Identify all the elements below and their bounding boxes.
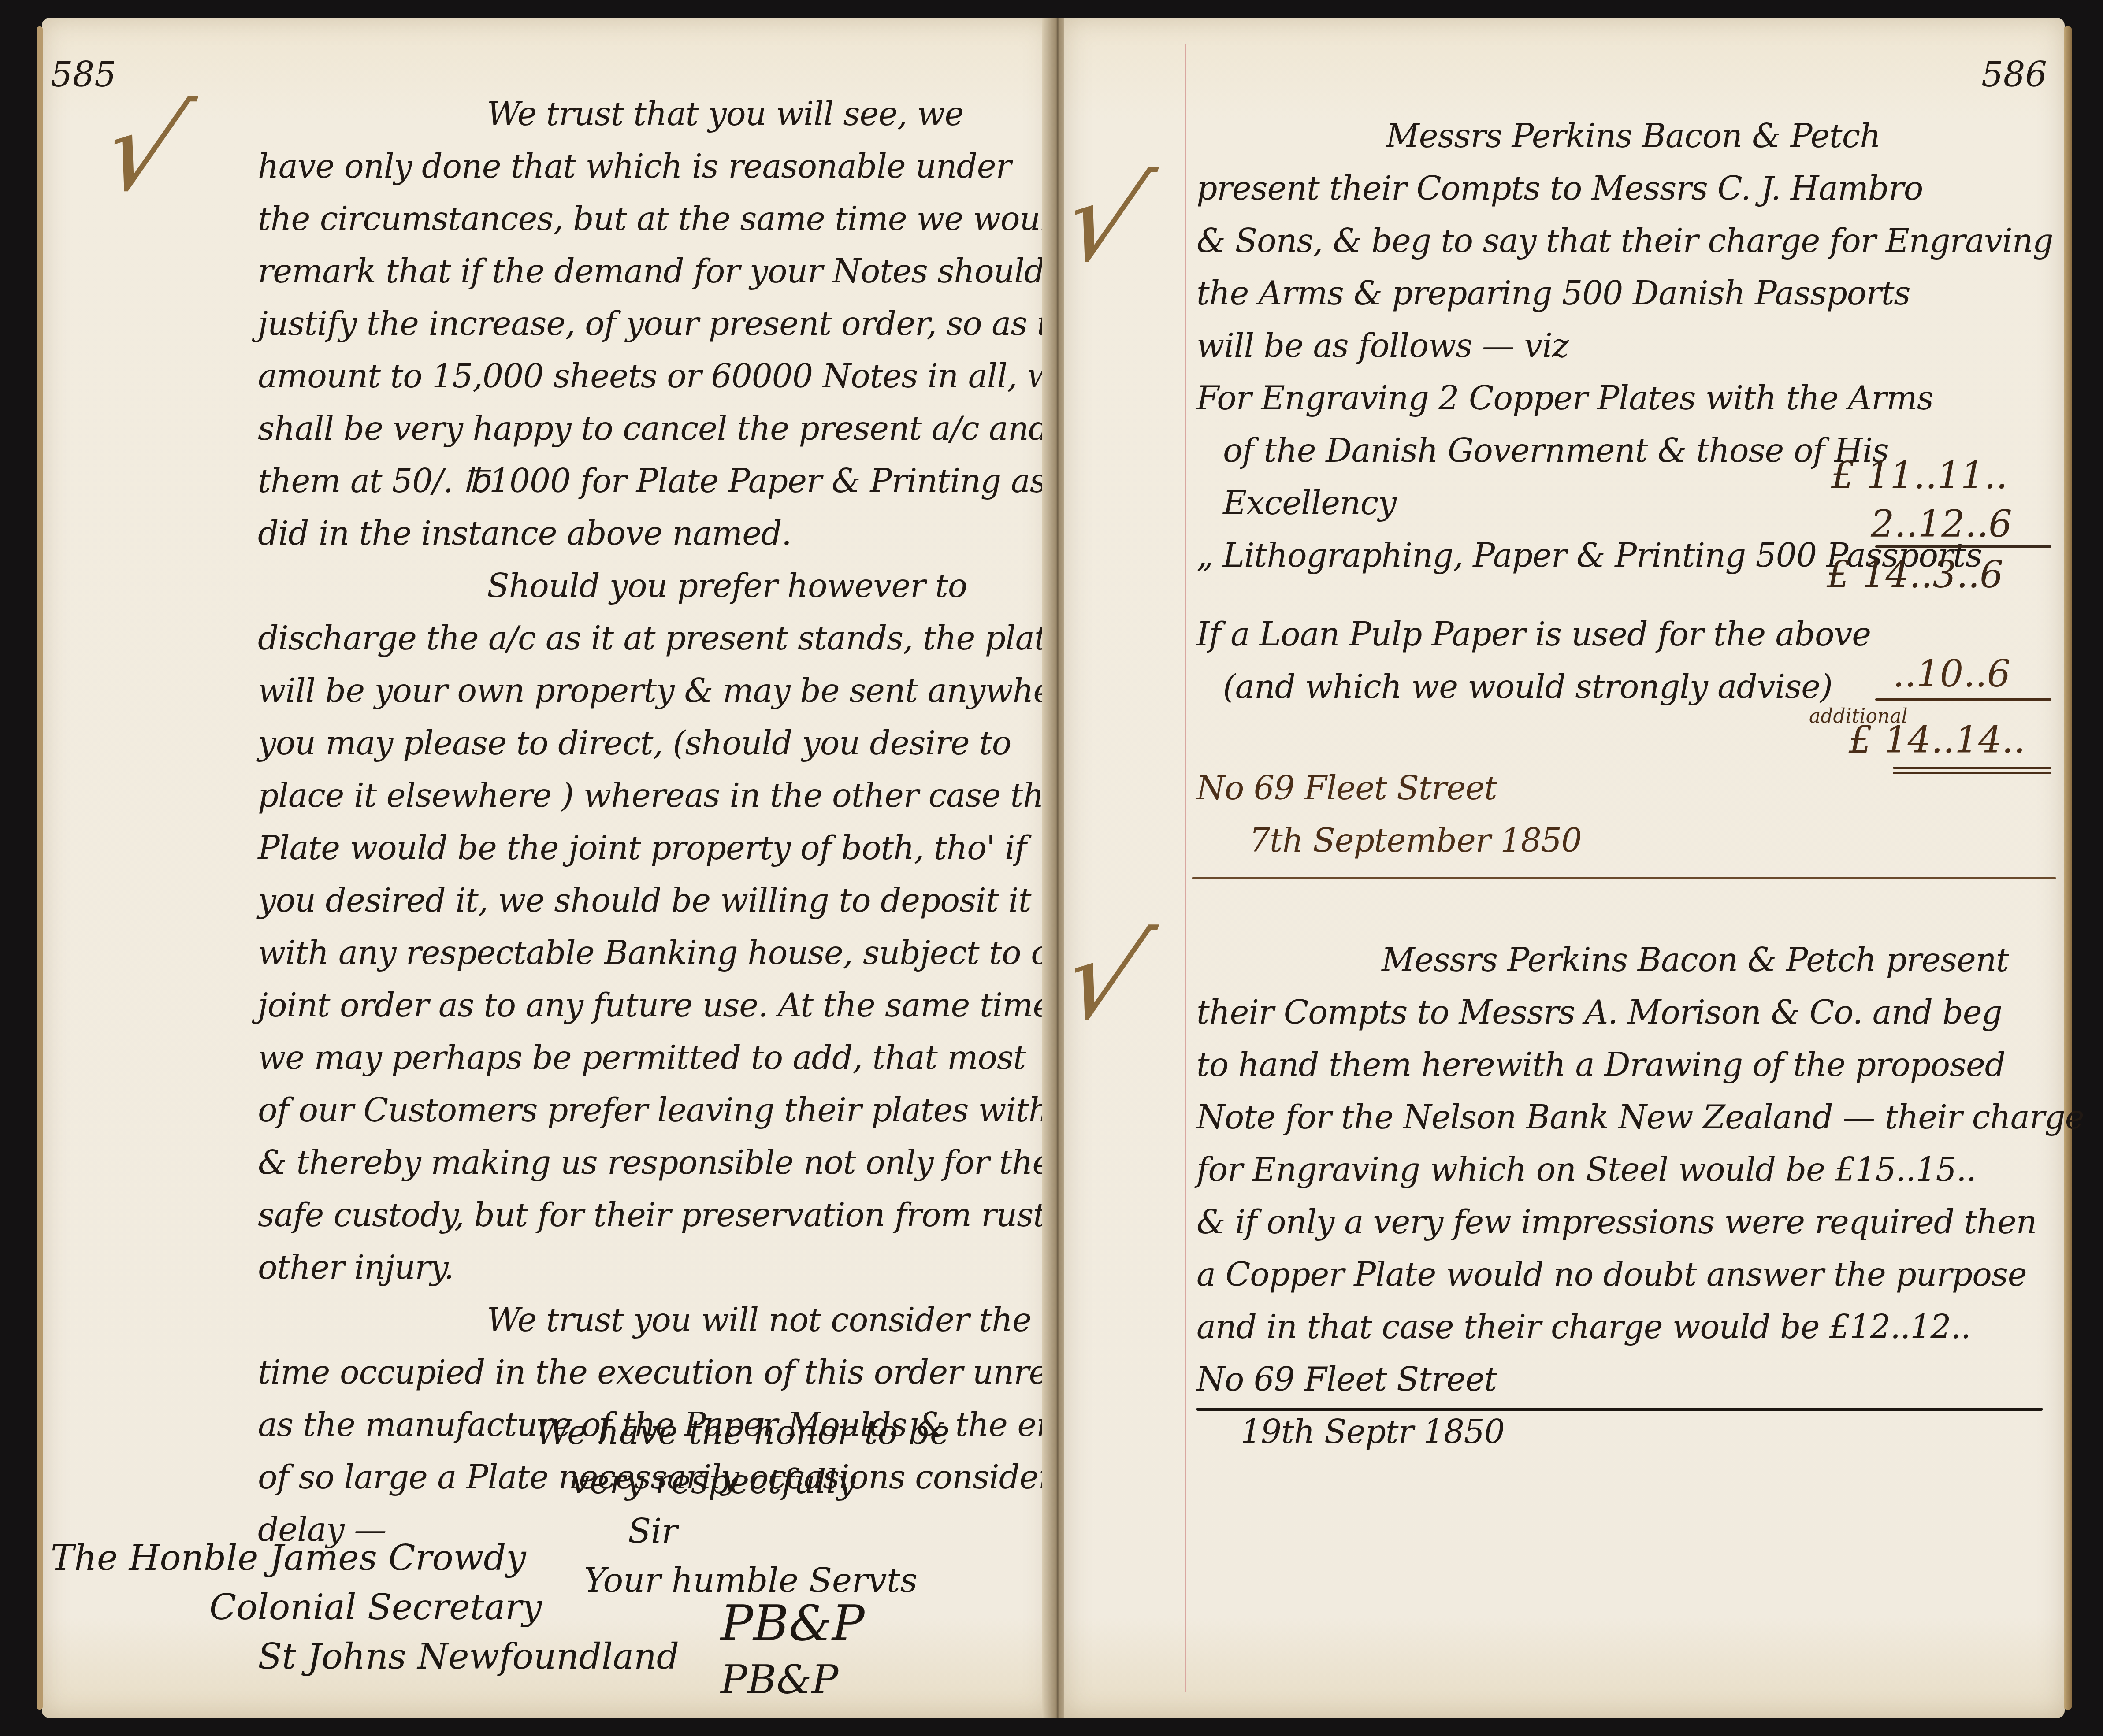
page-number: 586	[1981, 55, 2047, 95]
amount-value: 2..12..6	[1871, 502, 2012, 545]
text-line: Note for the Nelson Bank New Zealand — t…	[1196, 1091, 2034, 1144]
text-line: other injury.	[258, 1242, 1051, 1294]
text-line: present their Compts to Messrs C. J. Ham…	[1196, 163, 2025, 215]
left-page: 585 √ We trust that you will see, we hav…	[42, 18, 1051, 1718]
text-line: for Engraving which on Steel would be £1…	[1196, 1144, 2034, 1196]
right-page: 586 √ Messrs Perkins Bacon & Petch prese…	[1064, 18, 2065, 1718]
text-line: Messrs Perkins Bacon & Petch present	[1196, 934, 2034, 987]
text-line: place it elsewhere ) whereas in the othe…	[258, 770, 1051, 822]
text-line: For Engraving 2 Copper Plates with the A…	[1196, 372, 2025, 425]
sum-rule	[1875, 698, 2051, 701]
text-line: amount to 15,000 sheets or 60000 Notes i…	[258, 350, 1051, 403]
text-line: shall be very happy to cancel the presen…	[258, 403, 1051, 455]
amount-value: £ 11..11..	[1831, 454, 2008, 497]
text-line: Plate would be the joint property of bot…	[258, 822, 1051, 875]
text-line: justify the increase, of your present or…	[258, 298, 1051, 350]
date-line: 7th September 1850	[1196, 815, 1582, 867]
addressee-block: The Honble James Crowdy Colonial Secreta…	[51, 1533, 679, 1681]
check-mark-icon: √	[1050, 921, 1160, 1035]
margin-rule	[1185, 44, 1186, 1692]
text-line: will be as follows — viz	[1196, 320, 2025, 372]
entry-2-body: Messrs Perkins Bacon & Petch present the…	[1196, 934, 2034, 1458]
check-mark-icon: √	[89, 93, 200, 207]
text-line: & Sons, & beg to say that their charge f…	[1196, 215, 2025, 267]
text-line: will be your own property & may be sent …	[258, 665, 1051, 717]
text-line: & thereby making us responsible not only…	[258, 1137, 1051, 1189]
text-line: of our Customers prefer leaving their pl…	[258, 1084, 1051, 1137]
text-line: did in the instance above named.	[258, 508, 1051, 560]
text-line: time occupied in the execution of this o…	[258, 1347, 1051, 1399]
text-line: safe custody, but for their preservation…	[258, 1189, 1051, 1242]
text-line: you desired it, we should be willing to …	[258, 875, 1051, 927]
entry-1-signoff: No 69 Fleet Street 7th September 1850	[1196, 762, 1582, 867]
text-line: a Copper Plate would no doubt answer the…	[1196, 1249, 2034, 1301]
amount-value: £ 14..14..	[1849, 718, 2025, 761]
text-line: Should you prefer however to	[258, 560, 1051, 612]
text-line: joint order as to any future use. At the…	[258, 979, 1051, 1032]
text-line: We trust that you will see, we	[258, 88, 1051, 141]
open-ledger-book: 585 √ We trust that you will see, we hav…	[42, 18, 2065, 1718]
text-line: & if only a very few impressions were re…	[1196, 1196, 2034, 1249]
signature-initials: PB&P	[721, 1595, 865, 1651]
text-line: you may please to direct, (should you de…	[258, 717, 1051, 770]
signature-initials: PB&P	[721, 1657, 838, 1703]
letter-body: We trust that you will see, we have only…	[258, 88, 1051, 1556]
text-line: to hand them herewith a Drawing of the p…	[1196, 1039, 2034, 1091]
text-line: we may perhaps be permitted to add, that…	[258, 1032, 1051, 1084]
date-line: 19th Septr 1850	[1196, 1406, 2034, 1458]
text-line: have only done that which is reasonable …	[258, 141, 1051, 193]
amount-value: £ 14..3..6	[1827, 553, 2003, 596]
addressee-line: St Johns Newfoundland	[51, 1632, 679, 1681]
page-edge	[2064, 26, 2072, 1710]
double-rule	[1893, 772, 2051, 774]
check-mark-icon: √	[1050, 163, 1160, 278]
text-line: remark that if the demand for your Notes…	[258, 245, 1051, 298]
double-rule	[1893, 767, 2051, 769]
text-line: the circumstances, but at the same time …	[258, 193, 1051, 245]
text-line: their Compts to Messrs A. Morison & Co. …	[1196, 987, 2034, 1039]
text-line: Messrs Perkins Bacon & Petch	[1196, 110, 2025, 163]
text-line: with any respectable Banking house, subj…	[258, 927, 1051, 979]
text-line: the Arms & preparing 500 Danish Passport…	[1196, 267, 2025, 320]
text-line: We trust you will not consider the	[258, 1294, 1051, 1347]
entry-divider	[1192, 877, 2056, 879]
address-line: No 69 Fleet Street	[1196, 762, 1582, 815]
addressee-line: Colonial Secretary	[51, 1583, 679, 1632]
page-edge	[37, 26, 43, 1710]
text-line: and in that case their charge would be £…	[1196, 1301, 2034, 1354]
entry-1-body: Messrs Perkins Bacon & Petch present the…	[1196, 110, 2025, 713]
amount-value: ..10..6	[1893, 652, 2010, 695]
margin-rule	[245, 44, 245, 1692]
address-line: No 69 Fleet Street	[1196, 1354, 2034, 1406]
text-line: discharge the a/c as it at present stand…	[258, 612, 1051, 665]
closing-line: We have the honor to be	[535, 1408, 950, 1457]
text-line: them at 50/. ℔1000 for Plate Paper & Pri…	[258, 455, 1051, 508]
sum-rule	[1875, 545, 2051, 548]
entry-divider	[1196, 1408, 2043, 1411]
closing-line: very respectfully	[535, 1457, 950, 1506]
page-number: 585	[51, 55, 116, 95]
addressee-line: The Honble James Crowdy	[51, 1533, 679, 1583]
